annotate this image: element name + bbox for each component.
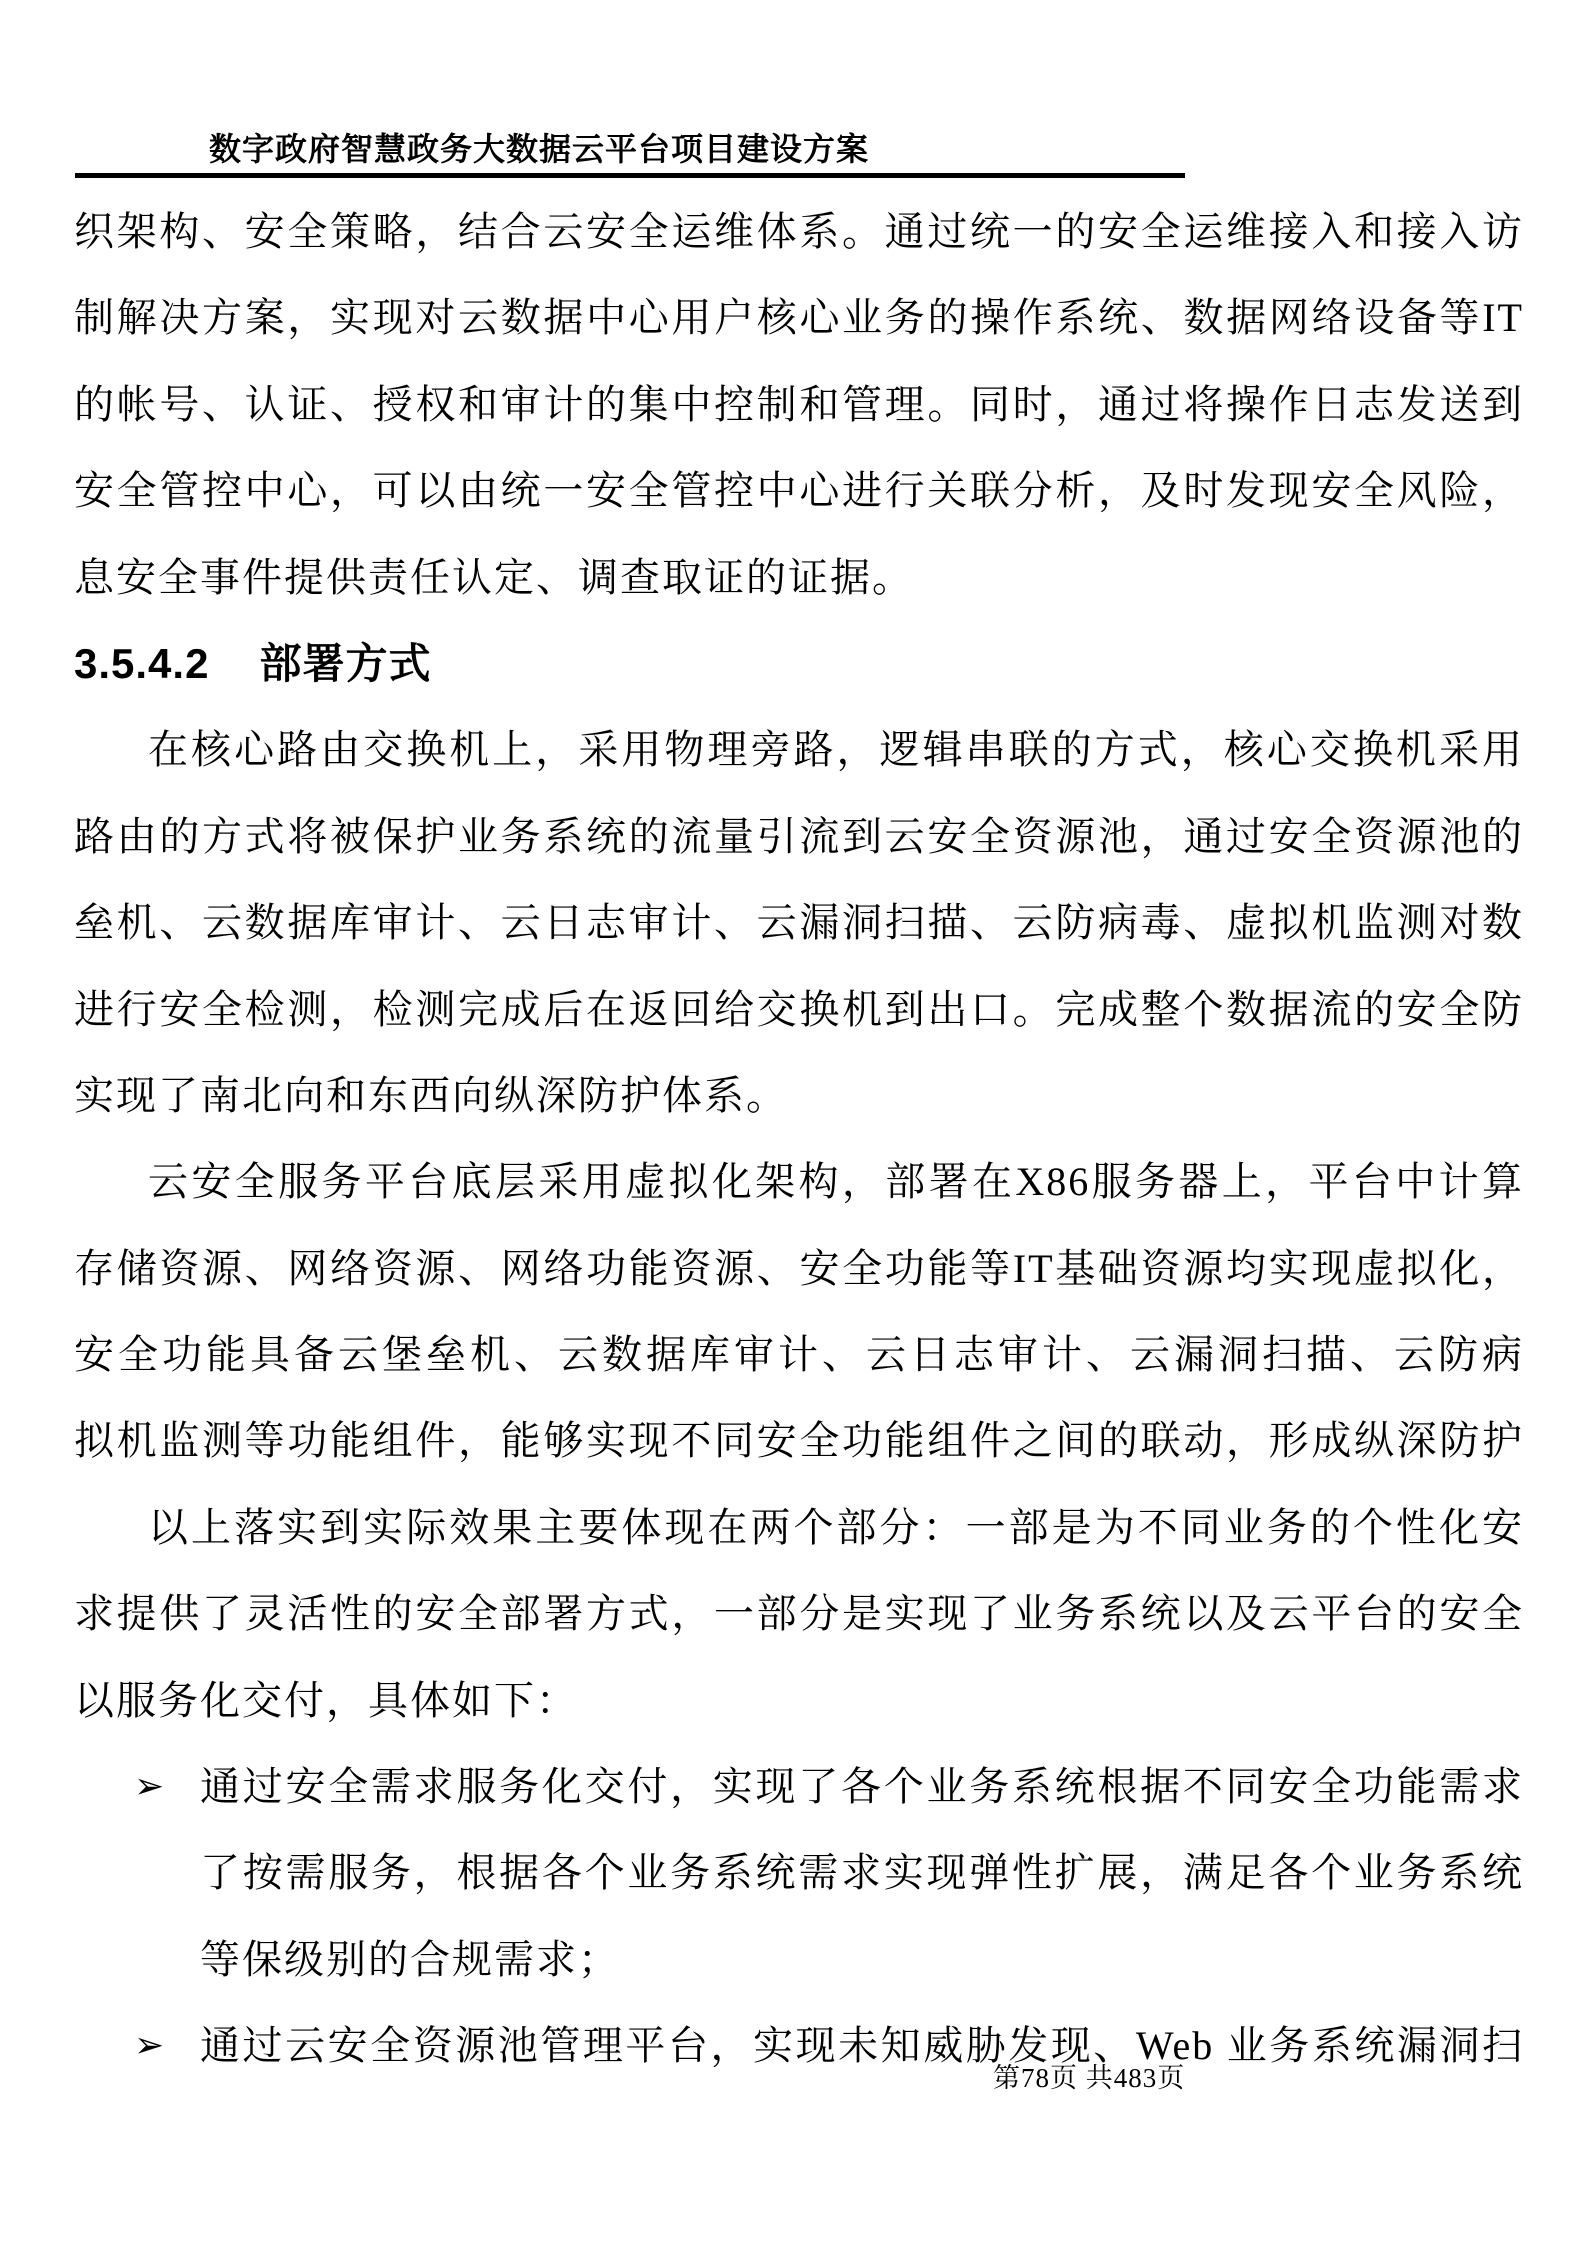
section-heading: 3.5.4.2部署方式: [74, 621, 1524, 707]
arrow-bullet-icon: ➢: [134, 1744, 164, 1830]
body-line: 存储资源、网络资源、网络功能资源、安全功能等IT基础资源均实现虚拟化，其中: [74, 1226, 1524, 1312]
bullet-line: 通过云安全资源池管理平台，实现未知威胁发现、Web 业务系统漏洞扫描和: [200, 2023, 1524, 2089]
body-line: 求提供了灵活性的安全部署方式，一部分是实现了业务系统以及云平台的安全需求: [74, 1571, 1524, 1657]
bullet-line: 通过安全需求服务化交付，实现了各个业务系统根据不同安全功能需求提供: [200, 1764, 1524, 1830]
body-line: 拟机监测等功能组件，能够实现不同安全功能组件之间的联动，形成纵深防护体系。: [74, 1398, 1524, 1484]
body-line: 以上落实到实际效果主要体现在两个部分：一部是为不同业务的个性化安全需: [74, 1485, 1524, 1571]
arrow-bullet-icon: ➢: [134, 2003, 164, 2089]
bullet-item: ➢通过云安全资源池管理平台，实现未知威胁发现、Web 业务系统漏洞扫描和: [74, 2003, 1524, 2089]
body-line: 云安全服务平台底层采用虚拟化架构，部署在X86服务器上，平台中计算资源、: [74, 1139, 1524, 1225]
body-line: 以服务化交付，具体如下：: [74, 1658, 1524, 1744]
bullet-line: 了按需服务，根据各个业务系统需求实现弹性扩展，满足各个业务系统不同: [74, 1830, 1524, 1916]
body-line: 在核心路由交换机上，采用物理旁路，逻辑串联的方式，核心交换机采用策略: [74, 707, 1524, 793]
body-line: 实现了南北向和东西向纵深防护体系。: [74, 1053, 1524, 1139]
body-line: 路由的方式将被保护业务系统的流量引流到云安全资源池，通过安全资源池的云堡: [74, 794, 1524, 880]
section-heading-title: 部署方式: [259, 640, 431, 687]
header-title: 数字政府智慧政务大数据云平台项目建设方案: [209, 124, 869, 170]
section-heading-number: 3.5.4.2: [74, 640, 209, 687]
body-line: 的帐号、认证、授权和审计的集中控制和管理。同时，通过将操作日志发送到统一: [74, 362, 1524, 448]
body-line: 垒机、云数据库审计、云日志审计、云漏洞扫描、云防病毒、虚拟机监测对数据量: [74, 880, 1524, 966]
body-line: 安全管控中心，可以由统一安全管控中心进行关联分析，及时发现安全风险，为信: [74, 448, 1524, 534]
body-line: 安全功能具备云堡垒机、云数据库审计、云日志审计、云漏洞扫描、云防病毒、虚: [74, 1312, 1524, 1398]
page-number-footer: 第78页 共483页: [993, 2056, 1185, 2095]
page-content: 织架构、安全策略，结合云安全运维体系。通过统一的安全运维接入和接入访问控 制解决…: [74, 189, 1524, 2090]
body-line: 进行安全检测，检测完成后在返回给交换机到出口。完成整个数据流的安全防护，: [74, 967, 1524, 1053]
body-line: 制解决方案，实现对云数据中心用户核心业务的操作系统、数据网络设备等IT资源: [74, 275, 1524, 361]
bullet-line: 等保级别的合规需求；: [74, 1917, 1524, 2003]
bullet-item: ➢通过安全需求服务化交付，实现了各个业务系统根据不同安全功能需求提供: [74, 1744, 1524, 1830]
body-line: 织架构、安全策略，结合云安全运维体系。通过统一的安全运维接入和接入访问控: [74, 189, 1524, 275]
document-page: 数字政府智慧政务大数据云平台项目建设方案 织架构、安全策略，结合云安全运维体系。…: [0, 0, 1587, 2245]
header-rule: [75, 173, 1185, 178]
body-line: 息安全事件提供责任认定、调查取证的证据。: [74, 535, 1524, 621]
